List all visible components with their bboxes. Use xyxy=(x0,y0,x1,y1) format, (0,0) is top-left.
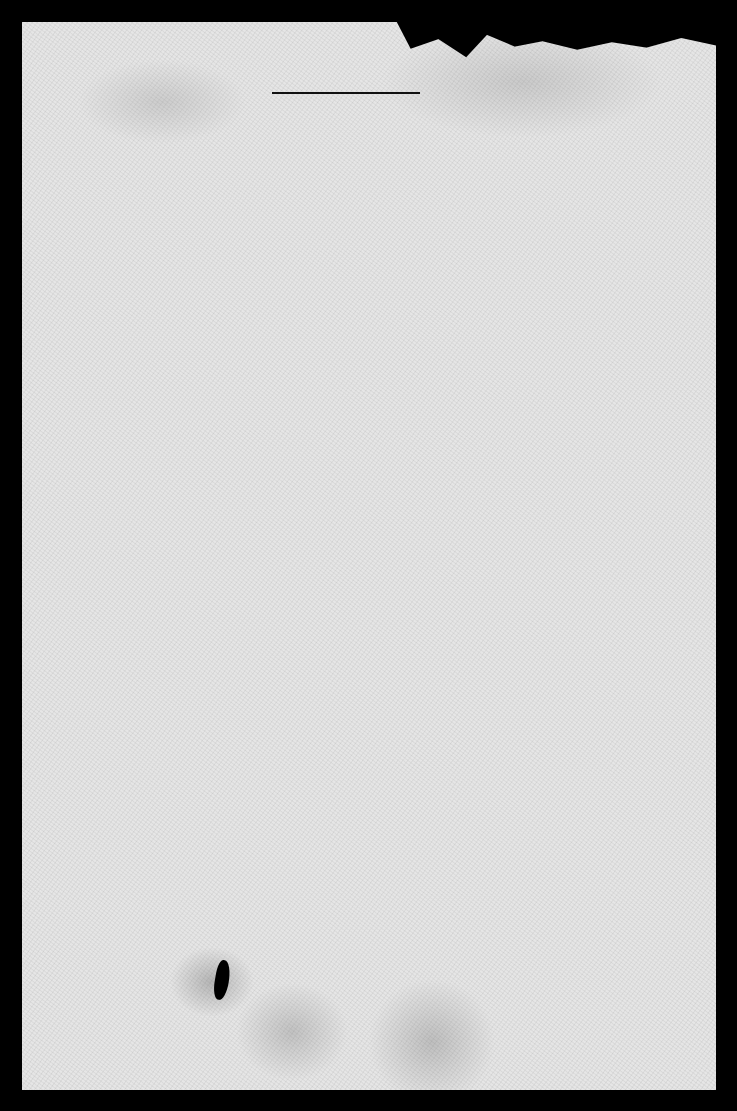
header-rule xyxy=(272,92,420,94)
manuscript-page xyxy=(22,22,716,1090)
